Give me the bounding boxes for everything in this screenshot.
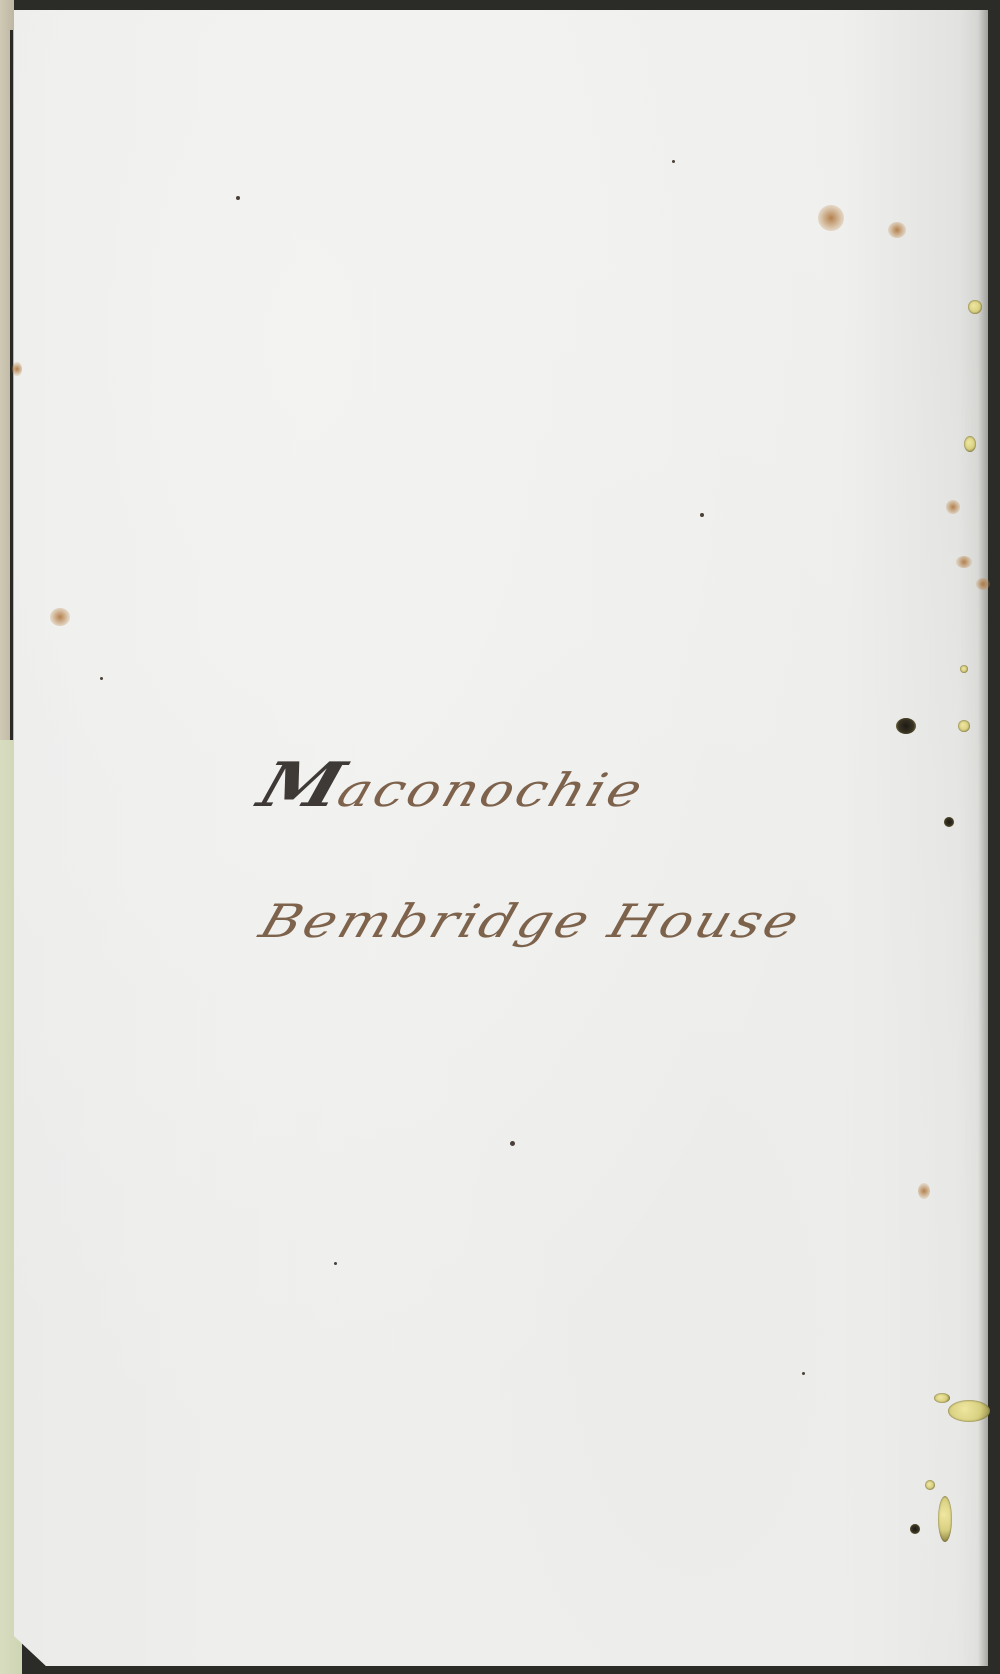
ink-speck	[334, 1262, 337, 1265]
wormhole	[925, 1480, 935, 1490]
wormhole	[910, 1524, 920, 1534]
wormhole	[958, 720, 970, 732]
wormhole	[944, 817, 954, 827]
foxing-stain	[918, 1183, 930, 1199]
wormhole	[960, 665, 968, 673]
ink-speck	[802, 1372, 805, 1375]
ink-speck	[236, 196, 240, 200]
inscription-name: Maconochie	[250, 748, 657, 820]
inscription-address: Bembridge House	[253, 895, 808, 949]
foxing-stain	[956, 556, 972, 568]
foxing-stain	[50, 608, 70, 626]
foxing-stain	[946, 500, 960, 514]
foxing-stain	[976, 578, 990, 590]
foxing-stain	[12, 362, 22, 376]
inscription-name-rest: aconochie	[331, 764, 652, 818]
ink-speck	[700, 513, 704, 517]
wormhole	[938, 1496, 952, 1542]
handwritten-inscription: Maconochie Bembridge House	[0, 0, 1000, 1674]
wormhole	[968, 300, 982, 314]
ink-speck	[672, 160, 675, 163]
wormhole	[896, 718, 916, 734]
wormhole	[934, 1393, 950, 1403]
foxing-stain	[818, 205, 844, 231]
wormhole	[948, 1400, 990, 1422]
wormhole	[964, 436, 976, 452]
ink-speck	[510, 1141, 515, 1146]
ink-speck	[100, 677, 103, 680]
foxing-stain	[888, 222, 906, 238]
